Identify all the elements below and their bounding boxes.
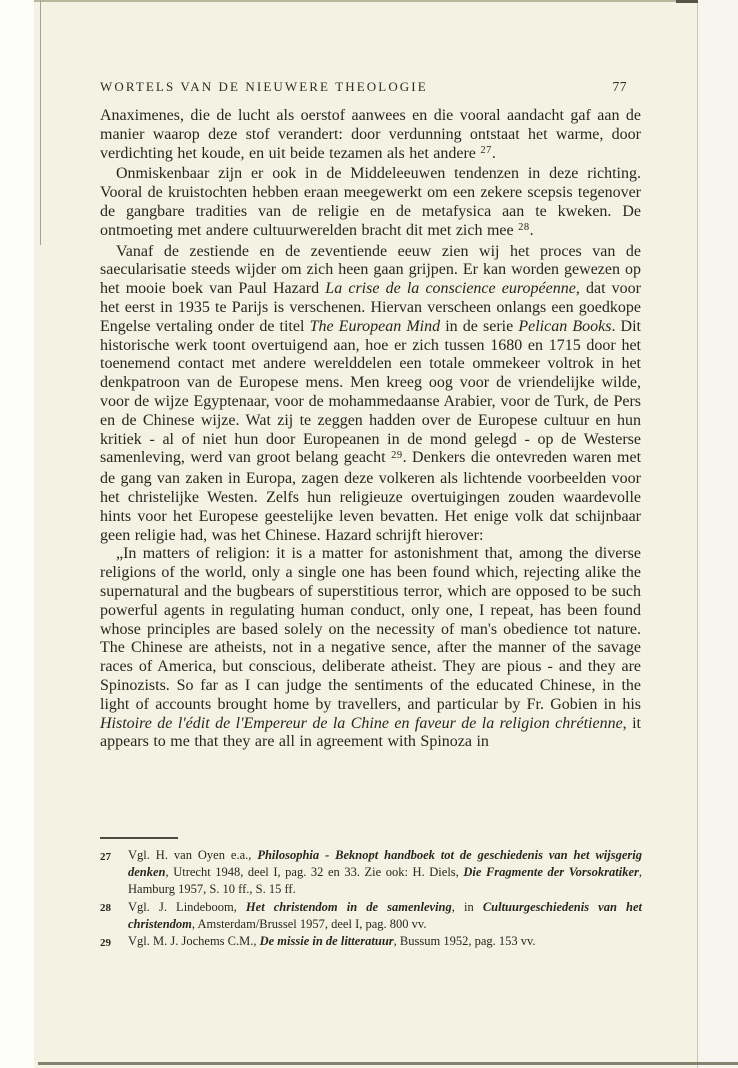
body-text: Anaximenes, die de lucht als oerstof aan… bbox=[100, 107, 641, 752]
scanned-book-page: WORTELS VAN DE NIEUWERE THEOLOGIE 77 Ana… bbox=[0, 0, 738, 1068]
footnotes: 27Vgl. H. van Oyen e.a., Philosophia - B… bbox=[100, 847, 642, 952]
footnote-text: Vgl. H. van Oyen e.a., Philosophia - Bek… bbox=[128, 847, 642, 899]
scan-right-edge bbox=[697, 0, 738, 1068]
footnote-separator bbox=[100, 837, 178, 839]
paragraph: Onmiskenbaar zijn er ook in de Middeleeu… bbox=[100, 165, 641, 242]
footnote: 27Vgl. H. van Oyen e.a., Philosophia - B… bbox=[100, 847, 642, 899]
scan-bottom-edge-line bbox=[38, 1062, 738, 1065]
paragraph: Anaximenes, die de lucht als oerstof aan… bbox=[100, 107, 641, 165]
footnote-number: 27 bbox=[100, 847, 128, 899]
page-number: 77 bbox=[613, 79, 628, 95]
footnote-number: 28 bbox=[100, 899, 128, 933]
paragraph: „In matters of religion: it is a matter … bbox=[100, 545, 641, 752]
footnote-text: Vgl. M. J. Jochems C.M., De missie in de… bbox=[128, 933, 642, 952]
paragraph: Vanaf de zestiende en de zeventiende eeu… bbox=[100, 243, 641, 546]
footnote-number: 29 bbox=[100, 933, 128, 952]
running-head: WORTELS VAN DE NIEUWERE THEOLOGIE 77 bbox=[100, 79, 641, 95]
footnote: 28Vgl. J. Lindeboom, Het christendom in … bbox=[100, 899, 642, 933]
running-head-title: WORTELS VAN DE NIEUWERE THEOLOGIE bbox=[100, 79, 428, 95]
footnote-text: Vgl. J. Lindeboom, Het christendom in de… bbox=[128, 899, 642, 933]
scan-left-edge-line bbox=[40, 0, 41, 245]
scan-top-right-mark bbox=[676, 0, 698, 3]
footnote: 29Vgl. M. J. Jochems C.M., De missie in … bbox=[100, 933, 642, 952]
scan-top-edge-line bbox=[34, 0, 697, 2]
